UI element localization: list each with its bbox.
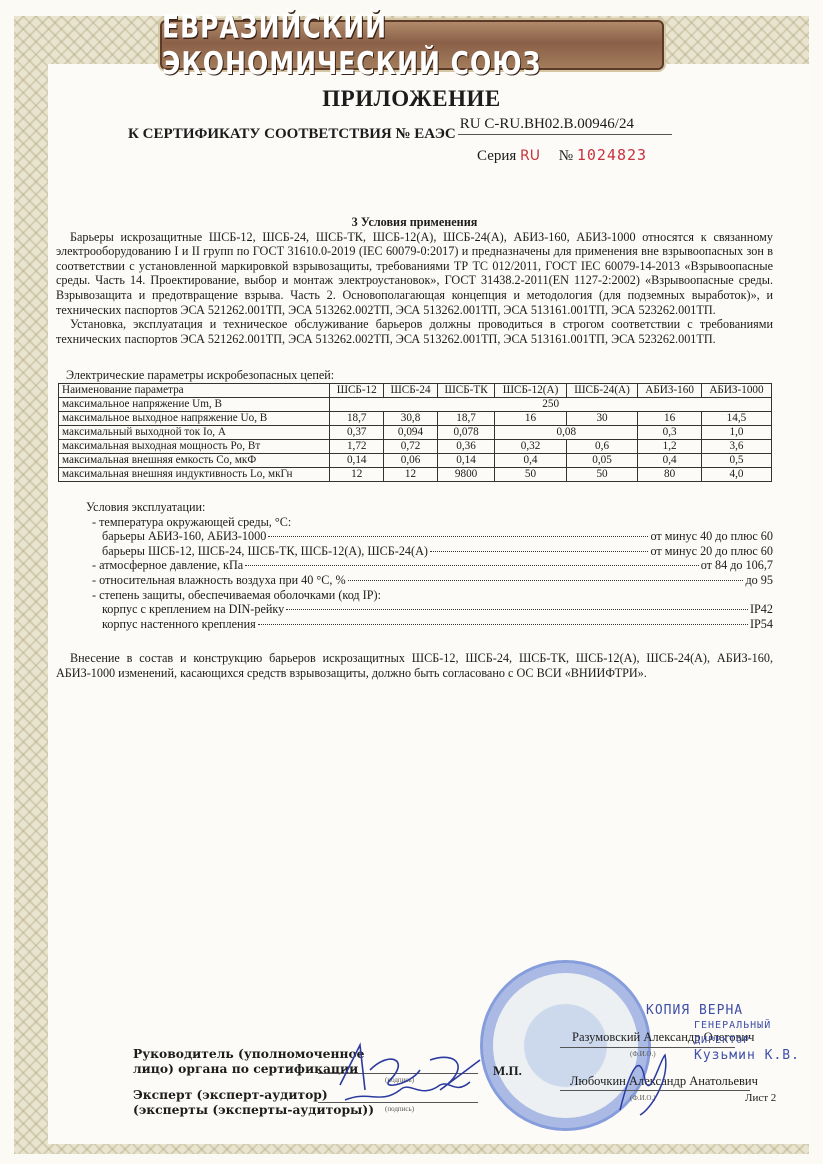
table-cell: 12: [330, 467, 384, 481]
condition-label: барьеры АБИЗ-160, АБИЗ-1000: [102, 529, 266, 544]
condition-row-humidity: - относительная влажность воздуха при 40…: [86, 573, 773, 588]
condition-label: - относительная влажность воздуха при 40…: [92, 573, 346, 588]
leader-dots: [348, 580, 744, 581]
paragraph-changes: Внесение в состав и конструкцию барьеров…: [56, 651, 773, 680]
table-cell: 30: [566, 411, 638, 425]
page-title: ПРИЛОЖЕНИЕ: [0, 86, 823, 112]
table-cell: 18,7: [437, 411, 494, 425]
paragraph-installation: Установка, эксплуатация и техническое об…: [56, 317, 773, 346]
table-cell: 16: [638, 411, 702, 425]
series-value: RU: [520, 148, 540, 164]
table-cell: 30,8: [384, 411, 438, 425]
table-row: максимальная выходная мощность Po, Вт 1,…: [59, 439, 772, 453]
number-label: №: [559, 148, 573, 164]
table-cell: 50: [566, 467, 638, 481]
condition-value: IP54: [750, 617, 773, 632]
leader-dots: [258, 624, 748, 625]
table-cell: 0,094: [384, 425, 438, 439]
condition-row-pressure: - атмосферное давление, кПа от 84 до 106…: [86, 558, 773, 573]
table-cell: 0,08: [495, 425, 638, 439]
param-name: максимальное выходное напряжение Uo, В: [59, 411, 330, 425]
table-caption: Электрические параметры искробезопасных …: [66, 368, 773, 383]
certificate-prefix: К СЕРТИФИКАТУ СООТВЕТСТВИЯ № ЕАЭС: [128, 126, 456, 143]
param-name: максимальный выходной ток Io, А: [59, 425, 330, 439]
table-cell: 1,0: [701, 425, 771, 439]
section-heading: 3 Условия применения: [56, 215, 773, 230]
condition-label: - атмосферное давление, кПа: [92, 558, 243, 573]
table-row: максимальный выходной ток Io, А 0,37 0,0…: [59, 425, 772, 439]
condition-value: IP42: [750, 602, 773, 617]
table-cell: 1,72: [330, 439, 384, 453]
series-line: Серия RU № 1024823: [477, 146, 647, 165]
leader-dots: [268, 536, 648, 537]
form-number: 1024823: [577, 146, 647, 164]
table-cell: 0,36: [437, 439, 494, 453]
condition-value: до 95: [745, 573, 773, 588]
table-cell: 0,72: [384, 439, 438, 453]
table-cell: 50: [495, 467, 567, 481]
column-header: ШСБ-24: [384, 383, 438, 397]
table-cell: 0,32: [495, 439, 567, 453]
expert-label-line-2: (эксперты (эксперты-аудиторы)): [133, 1102, 374, 1117]
expert-label-line-1: Эксперт (эксперт-аудитор): [133, 1087, 374, 1102]
column-header: АБИЗ-160: [638, 383, 702, 397]
table-cell: 0,3: [638, 425, 702, 439]
param-name: максимальная выходная мощность Po, Вт: [59, 439, 330, 453]
column-header: ШСБ-ТК: [437, 383, 494, 397]
table-cell: 80: [638, 467, 702, 481]
document-content: 3 Условия применения Барьеры искрозащитн…: [56, 215, 773, 680]
table-cell: 250: [330, 397, 772, 411]
table-row: максимальная внешняя емкость Co, мкФ 0,1…: [59, 453, 772, 467]
table-cell: 0,5: [701, 453, 771, 467]
condition-row-temp-abiz: барьеры АБИЗ-160, АБИЗ-1000 от минус 40 …: [86, 529, 773, 544]
paragraph-scope: Барьеры искрозащитные ШСБ-12, ШСБ-24, ШС…: [56, 230, 773, 318]
copy-stamp-name: Кузьмин К.В.: [694, 1048, 823, 1063]
copy-stamp-title: КОПИЯ ВЕРНА: [646, 1003, 743, 1018]
table-cell: 0,14: [330, 453, 384, 467]
leader-dots: [430, 551, 649, 552]
table-row: максимальное выходное напряжение Uo, В 1…: [59, 411, 772, 425]
certificate-number: RU C-RU.BH02.B.00946/24: [458, 116, 672, 135]
union-emblem: ЕВРАЗИЙСКИЙ ЭКОНОМИЧЕСКИЙ СОЮЗ: [160, 20, 664, 70]
param-name: максимальная внешняя индуктивность Lo, м…: [59, 467, 330, 481]
copy-certified-stamp: КОПИЯ ВЕРНА ГЕНЕРАЛЬНЫЙ ДИРЕКТОР Кузьмин…: [646, 1003, 823, 1063]
union-name: ЕВРАЗИЙСКИЙ ЭКОНОМИЧЕСКИЙ СОЮЗ: [162, 9, 662, 82]
leader-dots: [245, 565, 698, 566]
param-name: максимальное напряжение Um, В: [59, 397, 330, 411]
column-header: ШСБ-12: [330, 383, 384, 397]
condition-value: от минус 40 до плюс 60: [650, 529, 773, 544]
table-cell: 0,078: [437, 425, 494, 439]
column-header: Наименование параметра: [59, 383, 330, 397]
column-header: АБИЗ-1000: [701, 383, 771, 397]
series-label: Серия: [477, 148, 516, 164]
ip-label: - степень защиты, обеспечиваемая оболочк…: [86, 588, 773, 603]
table-cell: 4,0: [701, 467, 771, 481]
param-name: максимальная внешняя емкость Co, мкФ: [59, 453, 330, 467]
table-cell: 12: [384, 467, 438, 481]
condition-label: корпус настенного крепления: [102, 617, 256, 632]
column-header: ШСБ-12(А): [495, 383, 567, 397]
table-cell: 16: [495, 411, 567, 425]
table-cell: 0,06: [384, 453, 438, 467]
table-cell: 0,4: [638, 453, 702, 467]
condition-label: корпус с креплением на DIN-рейку: [102, 602, 284, 617]
table-header-row: Наименование параметра ШСБ-12 ШСБ-24 ШСБ…: [59, 383, 772, 397]
table-row: максимальное напряжение Um, В 250: [59, 397, 772, 411]
condition-value: от 84 до 106,7: [701, 558, 773, 573]
condition-value: от минус 20 до плюс 60: [650, 544, 773, 559]
table-row: максимальная внешняя индуктивность Lo, м…: [59, 467, 772, 481]
sheet-number: Лист 2: [745, 1092, 776, 1104]
table-cell: 18,7: [330, 411, 384, 425]
condition-row-ip-wall: корпус настенного крепления IP54: [86, 617, 773, 632]
condition-row-ip-din: корпус с креплением на DIN-рейку IP42: [86, 602, 773, 617]
table-cell: 0,6: [566, 439, 638, 453]
column-header: ШСБ-24(А): [566, 383, 638, 397]
table-cell: 9800: [437, 467, 494, 481]
stamp-place-label: М.П.: [493, 1063, 522, 1079]
certificate-reference: К СЕРТИФИКАТУ СООТВЕТСТВИЯ № ЕАЭС RU C-R…: [128, 124, 672, 143]
table-cell: 0,4: [495, 453, 567, 467]
conditions-title: Условия эксплуатации:: [86, 500, 773, 515]
table-cell: 0,05: [566, 453, 638, 467]
table-cell: 1,2: [638, 439, 702, 453]
operating-conditions: Условия эксплуатации: - температура окру…: [86, 500, 773, 631]
leader-dots: [286, 609, 748, 610]
copy-stamp-position: ГЕНЕРАЛЬНЫЙ ДИРЕКТОР: [694, 1018, 823, 1048]
table-cell: 14,5: [701, 411, 771, 425]
condition-row-temp-shsb: барьеры ШСБ-12, ШСБ-24, ШСБ-ТК, ШСБ-12(А…: [86, 544, 773, 559]
table-cell: 0,37: [330, 425, 384, 439]
table-cell: 3,6: [701, 439, 771, 453]
temperature-label: - температура окружающей среды, °С:: [86, 515, 773, 530]
parameters-table: Наименование параметра ШСБ-12 ШСБ-24 ШСБ…: [58, 383, 772, 482]
condition-label: барьеры ШСБ-12, ШСБ-24, ШСБ-ТК, ШСБ-12(А…: [102, 544, 428, 559]
expert-signature: [340, 1070, 490, 1110]
table-cell: 0,14: [437, 453, 494, 467]
